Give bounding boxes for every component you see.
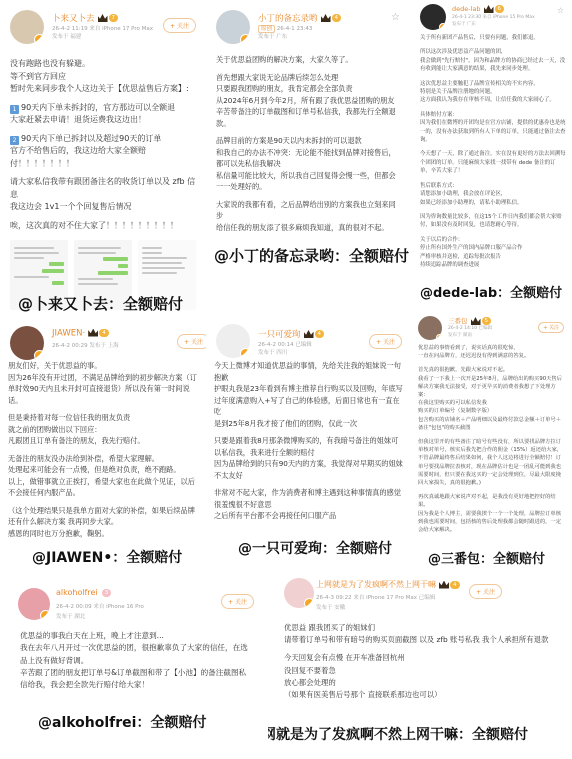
username[interactable]: dede-lab6 <box>452 5 504 13</box>
follow-button[interactable]: + 关注 <box>538 322 564 333</box>
summary-caption: @卜来又卜去：全额赔付 <box>18 293 183 314</box>
post-header: 三番包5 26-4-2 14:10 已编辑 发布于 湖南 + 关注 <box>412 310 572 344</box>
vip-badge: 4 <box>439 580 460 589</box>
post-body: 朋友们好，关于优思益的事。 因为26年没有开过团，不满足品牌给到的初步解决方案（… <box>0 360 206 539</box>
follow-button[interactable]: + 关注 <box>469 584 502 599</box>
post-card-8: 上网就是为了发疯啊不然上网干嘛4 26-4-3 09:22 来自 iPhone … <box>268 572 572 759</box>
vip-badge: 4 <box>304 330 325 340</box>
post-card-4: JIAWEN·4 26-4-2 00:29 发布于 上海 + 关注 朋友们好，关… <box>0 320 206 572</box>
post-text: 关于所有新团产品售后，只要有问题，我们都退。 <box>420 34 566 42</box>
post-text: 大家说的我都有看，之后品牌给出别的方案我也立刻来同步 给信任我的朋友添了很多麻烦… <box>216 199 402 234</box>
vip-badge: 5 <box>471 317 492 325</box>
post-text: 优思益 跟我团买了的姐妹们 请带着订单号和带有暗号的购买页面截图 以及 zfb … <box>284 622 556 646</box>
avatar[interactable] <box>284 578 314 608</box>
crown-icon <box>98 14 108 22</box>
summary-caption: @三番包：全额赔付 <box>428 548 545 567</box>
post-location: 发布于 福建 <box>52 32 81 40</box>
post-header: alkoholfrei3 26-4-2 00:09 来自 iPhone 16 P… <box>0 572 268 630</box>
post-header: JIAWEN·4 26-4-2 00:29 发布于 上海 + 关注 <box>0 320 206 360</box>
username[interactable]: 卜来又卜去7 <box>52 12 118 24</box>
crown-icon <box>484 5 494 13</box>
post-text: 首先想跟大家说无论品牌后续怎么处理 只要跟我团购的朋友，我肯定都会全部负责 从2… <box>216 72 402 130</box>
post-meta: 26-4-3 09:22 来自 iPhone 17 Pro Max 已编辑 <box>316 593 435 601</box>
post-meta: 原创 26-4-1 23:43 <box>258 24 312 32</box>
avatar[interactable] <box>10 10 44 44</box>
post-text: 无备注的朋友没办法给到补偿，希望大家理解。 处理起来可能会有一点慢，但是绝对负责… <box>8 453 198 499</box>
summary-caption: @小丁的备忘录哟：全额赔付 <box>214 245 409 266</box>
post-text: 朋友们好，关于优思益的事。 因为26年没有开过团，不满足品牌给到的初步解决方案（… <box>8 360 198 406</box>
vip-badge: 7 <box>98 14 119 24</box>
post-location: 发布于 安徽 <box>316 603 345 611</box>
post-location: 发布于 湖南 <box>448 332 472 338</box>
post-meta: 26-4-2 00:09 来自 iPhone 16 Pro <box>56 602 144 610</box>
post-meta: 26-4-2 00:14 已编辑 <box>258 340 312 348</box>
avatar[interactable] <box>216 10 250 44</box>
username[interactable]: 小丁的备忘录哟4 <box>258 12 341 24</box>
post-meta: 26-4-2 11:19 来自 iPhone 17 Pro Max <box>52 24 153 32</box>
vip-badge: 4 <box>321 14 342 24</box>
post-header: dede-lab6 26-4-1 23:30 来自 iPhone 15 Pro … <box>414 0 572 34</box>
summary-caption: @alkoholfrei：全额赔付 <box>38 712 206 732</box>
post-card-6: 三番包5 26-4-2 14:10 已编辑 发布于 湖南 + 关注 优思益的事情… <box>412 310 572 572</box>
post-text: 优思益的事情看到了，说实话真的很吃惊， 一直在问品牌方，还迟迟没有得到满意的答复… <box>418 344 566 360</box>
follow-button[interactable]: + 关注 <box>163 18 196 33</box>
post-card-2: 小丁的备忘录哟4 原创 26-4-1 23:43 发布于 广东 ☆ 关于优思益团… <box>206 0 412 320</box>
post-meta: 26-4-2 14:10 已编辑 <box>448 325 492 331</box>
post-text: 今天想了一天，除了通过备注，实在没有更好的方法去回溯每个团团的订单。只能麻烦大家… <box>420 150 566 175</box>
post-text: 只要是跟着我8月那条微博购买的，有我暗号备注的姐妹可以私信我，我来进行全额的赔付… <box>214 435 404 481</box>
post-text: 关于以后的合作： 停止所有国外生产的国内品牌口服产品合作 严格审核并送检，追踪每… <box>420 236 566 270</box>
post-meta: 26-4-2 00:29 发布于 上海 <box>52 341 119 349</box>
star-icon[interactable]: ☆ <box>391 12 400 23</box>
post-location: 发布于 广东 <box>258 32 287 40</box>
post-text: 没有跑路也没有躲避。 等不到官方回应 暂时先来同步我个人这边关于【优思益售后方案… <box>10 58 196 96</box>
post-header: 一只可爱珣4 26-4-2 00:14 已编辑 发布于 四川 + 关注 <box>206 320 412 360</box>
vip-badge: 3 <box>101 588 112 597</box>
post-text: 今天上微博才知道优思益的事情，先给关注我的姐妹说一句抱歉 护眼丸我是23年看到有… <box>214 360 404 429</box>
post-text: 190天内下单未拆封的，官方那边可以全额退 大家赶紧去申请！退货运费我这边出！ <box>10 102 196 127</box>
post-header: 卜来又卜去7 26-4-2 11:19 来自 iPhone 17 Pro Max… <box>0 0 206 46</box>
crown-icon <box>321 14 331 22</box>
post-text: 唉，这次真的对不住大家了！！！！！！！！！ <box>10 220 196 233</box>
number-two-icon: 2 <box>10 136 19 145</box>
post-text: 首先真的很抱歉，先跟大家说对不起。 我看了一下我上一次开是25年8月，品牌给出的… <box>418 366 566 432</box>
post-body: 没有跑路也没有躲避。 等不到官方回应 暂时先来同步我个人这边关于【优思益售后方案… <box>0 58 206 232</box>
summary-caption: @dede-lab：全额赔付 <box>420 282 562 301</box>
post-body: 今天上微博才知道优思益的事情，先给关注我的姐妹说一句抱歉 护眼丸我是23年看到有… <box>206 360 412 522</box>
follow-button[interactable]: + 关注 <box>177 334 206 349</box>
post-text: 因为咨询数量比较多，在这15个工作日内我们都会帮大家赔付，如果没有及时回复，也请… <box>420 213 566 230</box>
post-header: 小丁的备忘录哟4 原创 26-4-1 23:43 发布于 广东 ☆ <box>206 0 412 46</box>
post-card-7: alkoholfrei3 26-4-2 00:09 来自 iPhone 16 P… <box>0 572 268 759</box>
avatar[interactable] <box>420 4 446 30</box>
number-one-icon: 1 <box>10 105 19 114</box>
post-text: 关于优思益团购的解决方案，大家久等了。 <box>216 54 402 66</box>
username[interactable]: 一只可爱珣4 <box>258 328 324 340</box>
post-text: 具体赔付方案： 因为我们在微博的开团均是在官方店铺，提供的优惠券也是统一的，没有… <box>420 111 566 145</box>
post-header: 上网就是为了发疯啊不然上网干嘛4 26-4-3 09:22 来自 iPhone … <box>268 572 572 622</box>
post-body: 优思益 跟我团买了的姐妹们 请带着订单号和带有暗号的购买页面截图 以及 zfb … <box>268 622 572 701</box>
star-icon[interactable]: ☆ <box>557 6 564 15</box>
post-text: 请大家私信我带有跟团备注名的收货订单以及 zfb 信息 我这边会 1v1一个个回… <box>10 176 196 214</box>
username[interactable]: JIAWEN·4 <box>52 328 109 339</box>
summary-caption: @上网就是为了发疯啊不然上网干嘛：全额赔付 <box>268 724 528 744</box>
vip-badge: 6 <box>484 5 505 13</box>
post-text: 所以这次涉及优思益产品问题的团， 我会做到"先行赔付"，因为和品牌方的协商已经过… <box>420 48 566 73</box>
crown-icon <box>88 329 98 337</box>
post-text: 售后联系方式： 请您添加小助理，我会放在评论区， 如果已经添加小助理的，请私小助… <box>420 182 566 207</box>
avatar[interactable] <box>216 324 250 358</box>
post-card-5: 一只可爱珣4 26-4-2 00:14 已编辑 发布于 四川 + 关注 今天上微… <box>206 320 412 572</box>
summary-caption: @JIAWEN•：全额赔付 <box>32 547 182 567</box>
post-text: 但是秉持着对每一位信任我的朋友负责 就之前的团购做出以下回应： 凡跟团且订单有备… <box>8 412 198 447</box>
post-meta: 26-4-1 23:30 来自 iPhone 15 Pro Max <box>452 14 535 20</box>
post-card-3: dede-lab6 26-4-1 23:30 来自 iPhone 15 Pro … <box>414 0 572 310</box>
follow-button[interactable]: + 关注 <box>221 594 254 609</box>
post-location: 发布于 湖北 <box>56 612 85 620</box>
post-body: 关于优思益团购的解决方案，大家久等了。 首先想跟大家说无论品牌后续怎么处理 只要… <box>206 54 412 233</box>
summary-caption: @一只可爱珣：全额赔付 <box>238 538 392 558</box>
post-location: 发布于 广东 <box>452 21 476 27</box>
crown-icon <box>304 330 314 338</box>
avatar[interactable] <box>10 326 44 360</box>
crown-icon <box>471 317 481 325</box>
post-text: 品牌目前的方案是90天以内未拆封的可以退款 和我自己的办法不冲突：无论能不能找到… <box>216 135 402 193</box>
vip-badge: 4 <box>88 328 109 338</box>
avatar[interactable] <box>418 316 442 340</box>
post-text: 但我这里开的有些备注了暗号有些没有，所以要找品牌方拉订单核对单号，核实后我先把合… <box>418 438 566 487</box>
post-text: 再次真诚地跟大家说声对不起，是我没有更好地把控好的结果。 因为我是个人博主，需要… <box>418 493 566 534</box>
post-card-1: 卜来又卜去7 26-4-2 11:19 来自 iPhone 17 Pro Max… <box>0 0 206 340</box>
post-text: 非常对不起大家，作为消费者和博主遇到这种事情真的感觉很羞愧很不好意思 之后所有平… <box>214 487 404 522</box>
post-text: （这个处理结果只是我单方面对大家的补偿，如果后续品牌还有什么解决方案 我再同步大… <box>8 505 198 540</box>
post-text: 今天回复会有点慢 在开车准备回杭州 没回复不要着急 放心都会处理的 （如果有医美… <box>284 652 556 701</box>
avatar[interactable] <box>18 588 50 620</box>
post-text: 290天内下单已拆封以及超过90天的订单 官方不给售后的，我这边给大家全额赔付！… <box>10 133 196 171</box>
crown-icon <box>439 581 449 589</box>
post-body: 优思益的事我白天在上班，晚上才注意到... 我在去年八月开过一次优思益的团，很抱… <box>0 630 268 691</box>
follow-button[interactable]: + 关注 <box>369 334 402 349</box>
post-text: 优思益的事我白天在上班，晚上才注意到... 我在去年八月开过一次优思益的团，很抱… <box>20 630 248 691</box>
username[interactable]: 上网就是为了发疯啊不然上网干嘛4 <box>316 579 460 590</box>
post-text: 这次优思益主要触犯了品牌宣传相关的不实内容， 特别是关于品牌注册地的问题， 这方… <box>420 80 566 105</box>
username[interactable]: 三番包5 <box>448 316 491 325</box>
post-location: 发布于 四川 <box>258 348 287 356</box>
post-body: 关于所有新团产品售后，只要有问题，我们都退。 所以这次涉及优思益产品问题的团， … <box>414 34 572 269</box>
post-body: 优思益的事情看到了，说实话真的很吃惊， 一直在问品牌方，还迟迟没有得到满意的答复… <box>412 344 572 534</box>
username[interactable]: alkoholfrei3 <box>56 588 111 597</box>
